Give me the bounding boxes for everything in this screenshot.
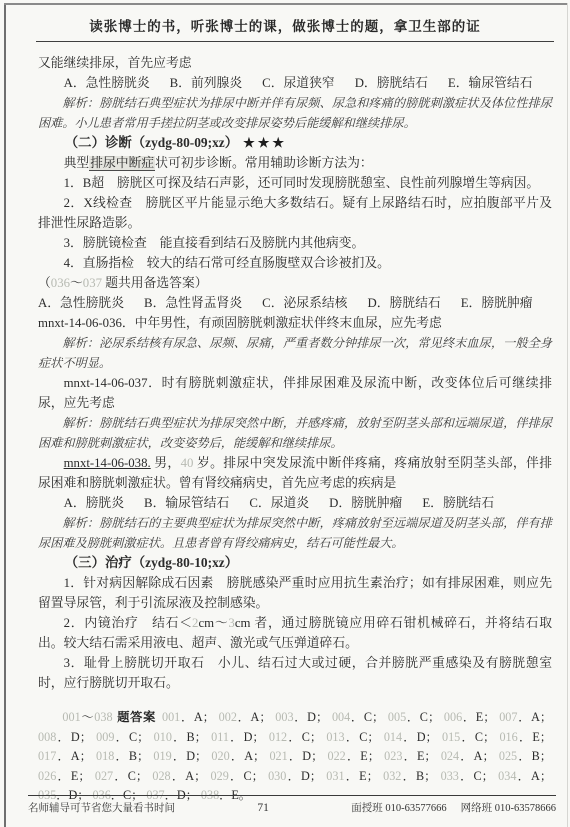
footer-right-text: 面授班 010-63577666网络班 010-63578666 <box>351 800 556 815</box>
answer-range-start: 001 <box>62 710 80 724</box>
question-038-age: 40 <box>181 456 194 470</box>
analysis-038: 解析：膀胱结石的主要典型症状为排尿突然中断，疼痛放射至远端尿道及阴茎头部，伴有排… <box>38 513 552 553</box>
answer-range-end: 038 <box>94 710 112 724</box>
analysis-paragraph-1: 解析：膀胱结石典型症状为排尿中断并伴有尿频、尿急和疼痛的膀胱刺激症状及体位性排尿… <box>38 93 552 133</box>
footer-phone-net: 网络班 010-63578666 <box>461 803 556 814</box>
analysis-036: 解析：泌尿系结核有尿急、尿频、尿痛，严重者数分钟排尿一次，常见终末血尿，一般全身… <box>38 333 552 373</box>
answer-key-label: 题答案 <box>117 710 156 724</box>
option-e: E．膀胱肿瘤 <box>461 296 533 310</box>
stem-question-number-1: 036 <box>51 276 70 290</box>
question-037: mnxt-14-06-037．时有膀胱刺激症状，伴排尿困难及尿流中断，改变体位后… <box>38 373 552 413</box>
option-c: C．尿道狭窄 <box>262 76 335 90</box>
section-heading-diagnosis: （二）诊断（zydg-80-09;xz）★★★ <box>38 133 552 153</box>
page-body: 又能继续排尿，首先应考虑 A．急性膀胱炎B．前列腺炎C．尿道狭窄D．膀胱结石E．… <box>0 42 570 806</box>
answer-key-list: 001．A； 002．A； 003．D； 004．C； 005．C； 006．E… <box>38 710 552 802</box>
question-036: mnxt-14-06-036．中年男性，有顽固膀胱刺激症状伴终末血尿，应先考虑 <box>38 313 552 333</box>
stem-close: 题共用备选答案） <box>102 276 208 290</box>
footer-phone-face: 面授班 010-63577666 <box>351 803 446 814</box>
page-border-top <box>4 3 568 5</box>
page-footer: 名师辅导可节省您大量看书时间 71 面授班 010-63577666网络班 01… <box>28 795 556 815</box>
diagnosis-intro: 典型排尿中断症状可初步诊断。常用辅助诊断方法为： <box>38 153 552 173</box>
options-row-3: A．膀胱炎B．输尿管结石C．尿道炎D．膀胱肿瘤E．膀胱结石 <box>38 493 552 513</box>
option-b: B．输尿管结石 <box>144 496 229 510</box>
option-d: D．膀胱结石 <box>355 76 428 90</box>
option-e: E．输尿管结石 <box>448 76 533 90</box>
option-c: C．尿道炎 <box>249 496 309 510</box>
page-header: 读张博士的书，听张博士的课，做张博士的题，拿卫生部的证 <box>0 0 570 42</box>
diagnosis-intro-pre: 典型 <box>64 156 90 170</box>
option-d: D．膀胱结石 <box>367 296 440 310</box>
section-heading-text: （二）诊断（zydg-80-09;xz） <box>65 135 238 150</box>
option-c: C．泌尿系结核 <box>262 296 347 310</box>
option-b: B．急性肾盂肾炎 <box>144 296 242 310</box>
diagnosis-item-2: 2．X线检查 膀胱区平片能显示绝大多数结石。疑有上尿路结石时，应拍腹部平片及排泄… <box>38 193 552 233</box>
answer-range-tilde: ～ <box>81 710 95 724</box>
header-slogan: 读张博士的书，听张博士的课，做张博士的题，拿卫生部的证 <box>0 15 570 35</box>
option-a: A．膀胱炎 <box>64 496 124 510</box>
footer-left-text: 名师辅导可节省您大量看书时间 <box>28 800 175 815</box>
options-row-1: A．急性膀胱炎B．前列腺炎C．尿道狭窄D．膀胱结石E．输尿管结石 <box>38 73 552 93</box>
diagnosis-intro-post: 状可初步诊断。常用辅助诊断方法为： <box>155 156 373 170</box>
option-a: A．急性膀胱炎 <box>64 76 150 90</box>
footer-row: 名师辅导可节省您大量看书时间 71 面授班 010-63577666网络班 01… <box>28 800 556 815</box>
section-heading-treatment: （三）治疗（zydg-80-10;xz） <box>38 553 552 573</box>
analysis-037: 解析：膀胱结石典型症状为排尿突然中断，并感疼痛，放射至阴茎头部和远端尿道，伴排尿… <box>38 413 552 453</box>
option-d: D．膀胱肿瘤 <box>329 496 402 510</box>
question-038-code: mnxt-14-06-038. <box>64 456 151 470</box>
star-rating: ★★★ <box>243 135 287 150</box>
option-e: E．膀胱结石 <box>422 496 494 510</box>
highlighted-term: 排尿中断症 <box>89 156 155 171</box>
stem-question-number-2: 037 <box>83 276 102 290</box>
shared-answer-stem: （036～037 题共用备选答案） <box>38 273 552 293</box>
continuation-text: 又能继续排尿，首先应考虑 <box>38 53 552 73</box>
stem-open: （ <box>38 276 51 290</box>
footer-divider <box>28 795 556 796</box>
treatment-item-3: 3．耻骨上膀胱切开取石 小儿、结石过大或过硬，合并膀胱严重感染及有膀胱憩室时，应… <box>38 653 552 693</box>
question-038-pre: 男， <box>151 456 181 470</box>
page-number: 71 <box>257 802 269 814</box>
options-row-2: A．急性膀胱炎B．急性肾盂肾炎C．泌尿系结核D．膀胱结石E．膀胱肿瘤 <box>38 293 552 313</box>
document-page: 读张博士的书，听张博士的课，做张博士的题，拿卫生部的证 又能继续排尿，首先应考虑… <box>0 0 570 827</box>
option-a: A．急性膀胱炎 <box>38 296 124 310</box>
diagnosis-item-1: 1．B超 膀胱区可探及结石声影，还可同时发现膀胱憩室、良性前列腺增生等病因。 <box>38 173 552 193</box>
treatment-item-1: 1．针对病因解除成石因素 膀胱感染严重时应用抗生素治疗；如有排尿困难，则应先留置… <box>38 573 552 613</box>
diagnosis-item-4: 4．直肠指检 较大的结石常可经直肠腹壁双合诊被扪及。 <box>38 253 552 273</box>
treatment-2-pre: 2．内镜治疗 结石＜ <box>64 616 192 630</box>
option-b: B．前列腺炎 <box>170 76 243 90</box>
page-border-left <box>4 3 6 827</box>
treatment-2-mid: cm～ <box>198 616 228 630</box>
diagnosis-item-3: 3．膀胱镜检查 能直接看到结石及膀胱内其他病变。 <box>38 233 552 253</box>
question-038: mnxt-14-06-038. 男，40 岁。排尿中突发尿流中断伴疼痛，疼痛放射… <box>38 453 552 493</box>
page-border-right <box>567 3 568 827</box>
stem-tilde: ～ <box>70 276 83 290</box>
answer-key: 001～038题答案001．A； 002．A； 003．D； 004．C； 00… <box>38 708 552 806</box>
treatment-item-2: 2．内镜治疗 结石＜2cm～3cm 者，通过膀胱镜应用碎石钳机械碎石，并将结石取… <box>38 613 552 653</box>
